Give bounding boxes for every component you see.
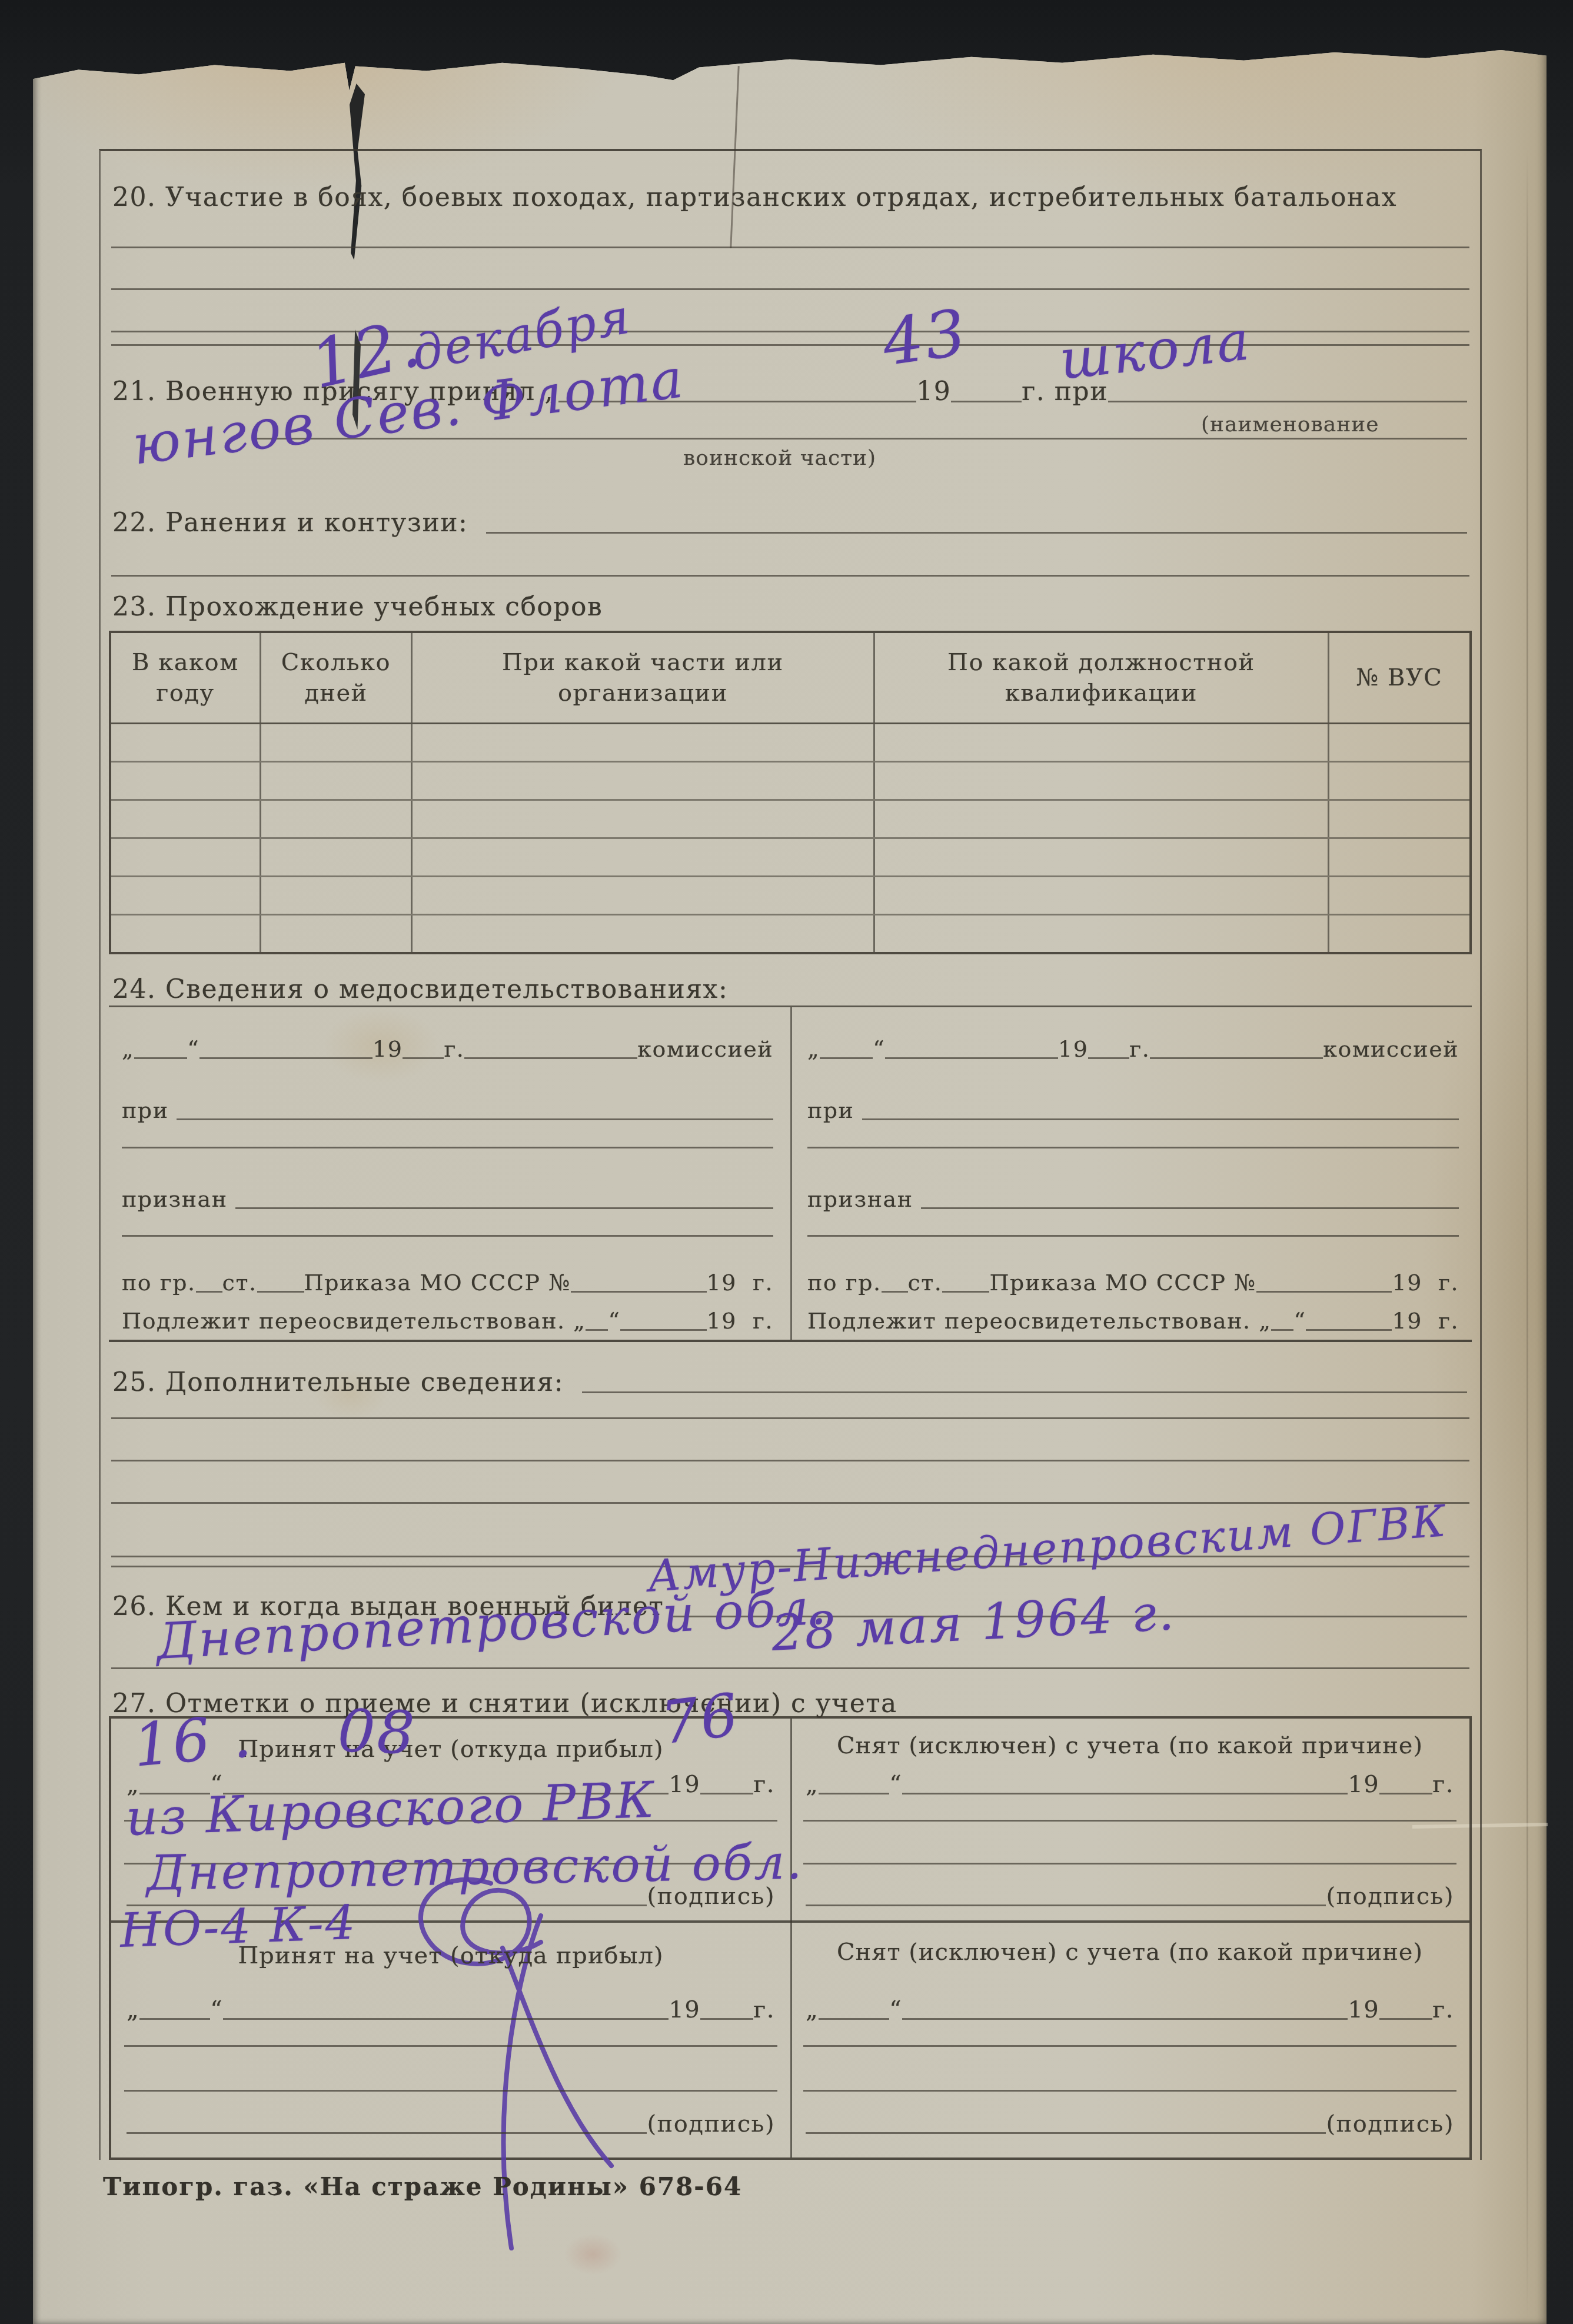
medical-divider — [790, 1007, 792, 1340]
g-label: г. — [753, 1770, 775, 1799]
blank — [902, 1791, 1348, 1794]
blank — [235, 1206, 773, 1209]
blank — [139, 2016, 210, 2020]
podlezhit-label: Подлежит переосвидетельствован. — [807, 1307, 1251, 1334]
section24-title: 24. Сведения о медосвидетельствованиях: — [112, 974, 728, 1005]
blank — [700, 2016, 753, 2020]
st-label: ст. — [222, 1269, 257, 1296]
blank — [620, 1327, 706, 1331]
g-label: г. — [1129, 1036, 1150, 1063]
col-unit: При какой части или организации — [411, 633, 873, 722]
commission-label: комиссией — [637, 1036, 773, 1063]
medical-section: „ “ 19 г. комиссией при признан — [109, 1005, 1472, 1342]
training-table-header: В каком году Сколько дней При какой част… — [111, 633, 1469, 724]
table-row — [111, 839, 1469, 877]
g-label: г. — [753, 1996, 775, 2025]
blank — [942, 1289, 989, 1293]
blank — [902, 2016, 1348, 2020]
blank — [223, 2016, 669, 2020]
pri-label: при — [122, 1097, 168, 1124]
priznan-label: признан — [807, 1186, 913, 1213]
open-quote: „ — [806, 1996, 819, 2025]
blank — [403, 1056, 444, 1059]
year-19: 19 — [373, 1036, 403, 1063]
open-quote: „ — [573, 1307, 586, 1334]
open-quote: „ — [122, 1036, 134, 1063]
podlezhit-label: Подлежит переосвидетельствован. — [122, 1307, 566, 1334]
blank — [885, 1056, 1058, 1059]
print-shop-imprint: Типогр. газ. «На страже Родины» 678-64 — [103, 2172, 742, 2201]
g-label: г. — [1432, 1770, 1454, 1799]
scanned-military-document: { "page": { "footer": "Типогр. газ. «На … — [0, 0, 1573, 2324]
hw-accept-year: 76 — [657, 1679, 744, 1759]
hw-accept-day: 16 . — [131, 1700, 256, 1782]
medical-box-right: „ “ 19 г. комиссией при признан — [794, 1007, 1472, 1340]
year-19: 19 — [707, 1269, 737, 1296]
prikaz-label: Приказа МО СССР № — [989, 1269, 1256, 1296]
blank — [862, 1117, 1459, 1120]
blank — [1150, 1056, 1323, 1059]
accept-header: Принят на учет (откуда прибыл) — [111, 1942, 790, 1970]
blank — [586, 1327, 608, 1331]
col-days: Сколько дней — [260, 633, 411, 722]
g-label: г. — [1438, 1269, 1459, 1296]
g-label: г. — [1432, 1996, 1454, 2025]
ruled-line — [124, 2090, 777, 2092]
unit-blank — [1108, 399, 1467, 402]
signature-blank — [806, 1903, 1326, 1906]
podpis-label: (подпись) — [1326, 2110, 1454, 2139]
blank — [257, 1289, 304, 1293]
ruled-line — [111, 247, 1469, 248]
signature-blank — [127, 2130, 647, 2134]
blank — [1256, 1289, 1392, 1293]
blank — [199, 1056, 373, 1059]
training-table: В каком году Сколько дней При какой част… — [109, 631, 1472, 954]
remove-header: Снят (исключен) с учета (по какой причин… — [790, 1938, 1469, 1967]
year-19: 19 — [1392, 1307, 1422, 1334]
hw-accept-month: 08 — [337, 1695, 417, 1770]
blank — [807, 1145, 1459, 1148]
close-quote: “ — [873, 1036, 885, 1063]
table-row — [111, 801, 1469, 839]
blank — [1379, 2016, 1432, 2020]
blank — [196, 1289, 222, 1293]
priznan-label: признан — [122, 1186, 228, 1213]
table-row — [111, 763, 1469, 801]
g-label: г. — [1438, 1307, 1459, 1334]
form-body: 20. Участие в боях, боевых походах, парт… — [99, 149, 1482, 2160]
blank — [582, 1390, 1467, 1393]
ruled-line — [803, 1863, 1456, 1864]
signature-blank — [806, 2130, 1326, 2134]
close-quote: “ — [210, 1996, 223, 2025]
remove-cell-top: Снят (исключен) с учета (по какой причин… — [790, 1719, 1469, 1920]
close-quote: “ — [187, 1036, 199, 1063]
ruled-line — [111, 1460, 1469, 1461]
year-prefix: 19 — [916, 376, 951, 408]
year-19: 19 — [1058, 1036, 1088, 1063]
ruled-line — [111, 1667, 1469, 1669]
close-quote: “ — [1293, 1307, 1306, 1334]
open-quote: „ — [807, 1036, 820, 1063]
st-label: ст. — [908, 1269, 943, 1296]
blank — [177, 1117, 773, 1120]
podpis-label: (подпись) — [1326, 1882, 1454, 1911]
close-quote: “ — [889, 1770, 902, 1799]
table-row — [111, 724, 1469, 763]
blank — [122, 1233, 773, 1237]
registration-grid: Принят на учет (откуда прибыл) „ “ 19 г.… — [109, 1716, 1472, 2160]
ruled-line — [803, 2090, 1456, 2092]
po-gr-label: по гр. — [122, 1269, 196, 1296]
g-label: г. — [753, 1307, 773, 1334]
col-vus: № ВУС — [1328, 633, 1469, 722]
section23-title: 23. Прохождение учебных сборов — [112, 591, 603, 623]
open-quote: „ — [806, 1770, 819, 1799]
remove-cell-bottom: Снят (исключен) с учета (по какой причин… — [790, 1920, 1469, 2157]
podpis-label: (подпись) — [647, 2110, 775, 2139]
blank — [464, 1056, 637, 1059]
blank — [1379, 1791, 1432, 1794]
section20-title: 20. Участие в боях, боевых походах, парт… — [112, 182, 1397, 214]
table-row — [111, 877, 1469, 915]
accept-cell-top: Принят на учет (откуда прибыл) „ “ 19 г.… — [111, 1719, 790, 1920]
ruled-line — [124, 2045, 777, 2047]
g-label: г. — [444, 1036, 464, 1063]
paper-right-crease — [1527, 147, 1528, 2324]
prikaz-label: Приказа МО СССР № — [304, 1269, 571, 1296]
ruled-line — [111, 1502, 1469, 1504]
pri-label: при — [807, 1097, 854, 1124]
section22-label: 22. Ранения и контузии: — [112, 507, 468, 539]
section25-label: 25. Дополнительные сведения: — [112, 1367, 564, 1399]
year-19: 19 — [707, 1307, 737, 1334]
ruled-line — [111, 1417, 1469, 1419]
wounds-blank — [486, 530, 1467, 534]
blank — [807, 1233, 1459, 1237]
hw-oath-year: 43 — [878, 294, 972, 382]
close-quote: “ — [608, 1307, 620, 1334]
medical-box-left: „ “ 19 г. комиссией при признан — [109, 1007, 786, 1340]
year-19: 19 — [669, 1996, 700, 2025]
ruled-line — [111, 575, 1469, 577]
year-19: 19 — [1348, 1996, 1379, 2025]
caption-naimenovanie: (наименование — [1201, 412, 1379, 438]
po-gr-label: по гр. — [807, 1269, 882, 1296]
blank — [571, 1289, 707, 1293]
commission-label: комиссией — [1323, 1036, 1459, 1063]
blank — [1306, 1327, 1392, 1331]
section22-row: 22. Ранения и контузии: — [112, 507, 1467, 539]
blank — [122, 1145, 773, 1148]
g-label: г. — [753, 1269, 773, 1296]
ruled-line — [803, 1820, 1456, 1822]
blank — [819, 2016, 889, 2020]
blank — [1088, 1056, 1129, 1059]
ruled-line — [803, 2045, 1456, 2047]
accept-cell-bottom: Принят на учет (откуда прибыл) „ “ 19 г.… — [111, 1920, 790, 2157]
blank — [700, 1791, 753, 1794]
year-19: 19 — [669, 1770, 700, 1799]
close-quote: “ — [889, 1996, 902, 2025]
blank — [819, 1791, 889, 1794]
ruled-line — [111, 288, 1469, 290]
remove-header: Снят (исключен) с учета (по какой причин… — [790, 1732, 1469, 1760]
open-quote: „ — [127, 1996, 139, 2025]
caption-voinskoy-chasti: воинской части) — [683, 445, 876, 471]
col-qualification: По какой должностной квалификации — [873, 633, 1328, 722]
year-19: 19 — [1392, 1269, 1422, 1296]
year-19: 19 — [1348, 1770, 1379, 1799]
blank — [820, 1056, 873, 1059]
blank — [134, 1056, 187, 1059]
table-row — [111, 915, 1469, 952]
blank — [1271, 1327, 1293, 1331]
col-year: В каком году — [111, 633, 260, 722]
open-quote: „ — [1259, 1307, 1271, 1334]
month-blank — [697, 399, 916, 402]
blank — [921, 1206, 1459, 1209]
section25-row: 25. Дополнительные сведения: — [112, 1367, 1467, 1399]
year-blank — [951, 399, 1022, 402]
blank — [882, 1289, 908, 1293]
